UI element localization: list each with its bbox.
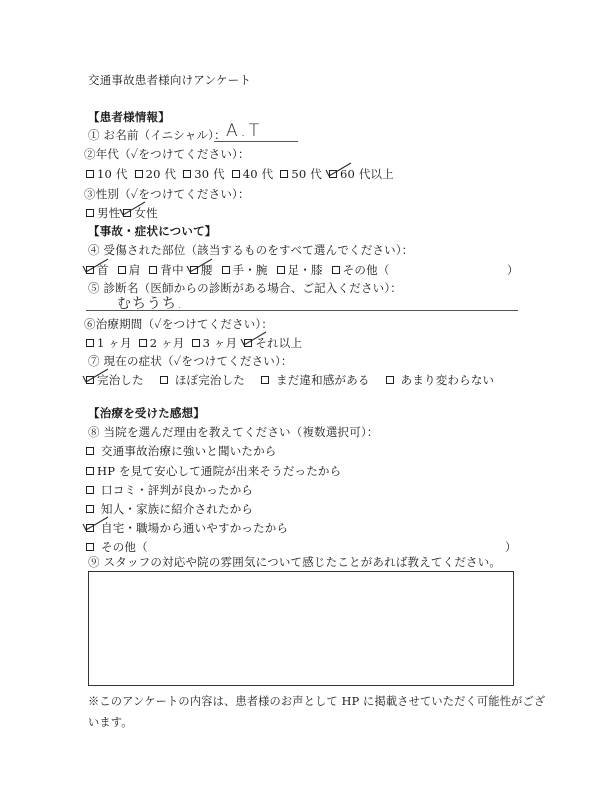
q1-underline	[214, 141, 298, 142]
q3-options: 男性 女性	[86, 206, 165, 220]
checkbox[interactable]	[86, 339, 94, 347]
q2-option-40s[interactable]: 40 代	[232, 167, 274, 181]
checkbox-checked[interactable]	[190, 266, 198, 274]
q4-options: 首 肩 背中 腰 手・腕 足・膝 その他（	[86, 263, 397, 277]
checkbox[interactable]	[149, 266, 157, 274]
q2-option-50s[interactable]: 50 代	[280, 167, 322, 181]
q4-option-lower-back[interactable]: 腰	[190, 263, 213, 277]
q8-option-other[interactable]: その他（	[86, 540, 148, 554]
checkbox-checked[interactable]	[86, 524, 94, 532]
q2-option-30s[interactable]: 30 代	[183, 167, 225, 181]
q4-option-shoulder[interactable]: 肩	[118, 263, 141, 277]
q9-label: ⑨ スタッフの対応や院の雰囲気について感じたことがあれば教えてください。	[88, 555, 501, 569]
q1-answer-field[interactable]: A.T	[226, 121, 262, 141]
checkbox[interactable]	[86, 486, 94, 494]
checkbox[interactable]	[232, 170, 240, 178]
q2-option-20s[interactable]: 20 代	[135, 167, 177, 181]
checkbox[interactable]	[261, 376, 269, 384]
checkbox[interactable]	[277, 266, 285, 274]
q9-comment-box[interactable]	[88, 571, 514, 686]
q3-option-female[interactable]: 女性	[123, 206, 157, 220]
checkbox[interactable]	[118, 266, 126, 274]
q6-option-3-months[interactable]: 3 ヶ月	[192, 336, 238, 350]
section-accident: 【事故・症状について】	[88, 224, 216, 238]
q7-option-still-discomfort[interactable]: まだ違和感がある	[261, 373, 370, 387]
q8-label: ⑧ 当院を選んだ理由を教えてください（複数選択可）：	[88, 425, 379, 439]
q2-options: 10 代 20 代 30 代 40 代 50 代 60 代以上	[86, 167, 401, 181]
q3-label: ③性別（✓をつけてください）：	[84, 187, 250, 201]
q5-underline	[86, 310, 518, 311]
q6-option-2-months[interactable]: 2 ヶ月	[139, 336, 185, 350]
survey-title: 交通事故患者様向けアンケート	[88, 73, 251, 87]
q6-option-longer[interactable]: それ以上	[244, 336, 302, 350]
checkbox[interactable]	[139, 339, 147, 347]
q4-option-other[interactable]: その他（	[332, 263, 390, 277]
checkbox-checked[interactable]	[244, 339, 252, 347]
q7-options: 完治した ほぼ完治した まだ違和感がある あまり変わらない	[86, 373, 501, 387]
q4-option-leg-knee[interactable]: 足・膝	[277, 263, 323, 277]
q2-label: ②年代（✓をつけてください）：	[84, 147, 250, 161]
checkbox[interactable]	[86, 209, 94, 217]
q8-close-paren: ）	[505, 540, 517, 554]
checkbox-checked[interactable]	[123, 209, 131, 217]
checkbox[interactable]	[86, 170, 94, 178]
q7-option-no-change[interactable]: あまり変わらない	[386, 373, 495, 387]
checkbox-checked[interactable]	[86, 266, 94, 274]
q8-option-traffic-accident-expertise[interactable]: 交通事故治療に強いと聞いたから	[86, 444, 277, 458]
footnote-line-2: います。	[88, 716, 133, 730]
section-patient-info: 【患者様情報】	[88, 110, 170, 124]
checkbox[interactable]	[192, 339, 200, 347]
q8-option-referral[interactable]: 知人・家族に紹介されたから	[86, 502, 253, 516]
q6-option-1-month[interactable]: 1 ヶ月	[86, 336, 132, 350]
q1-label: ① お名前（イニシャル）：	[88, 128, 226, 142]
footnote-line-1: ※このアンケートの内容は、患者様のお声として HP に掲載させていただく可能性が…	[88, 695, 545, 709]
q6-label: ⑥治療期間（✓をつけてください）：	[84, 317, 273, 331]
checkbox[interactable]	[332, 266, 340, 274]
checkbox[interactable]	[135, 170, 143, 178]
q8-option-reviews[interactable]: 口コミ・評判が良かったから	[86, 483, 253, 497]
checkbox[interactable]	[222, 266, 230, 274]
q2-option-10s[interactable]: 10 代	[86, 167, 128, 181]
checkbox-checked[interactable]	[329, 170, 337, 178]
q6-options: 1 ヶ月 2 ヶ月 3 ヶ月 それ以上	[86, 336, 309, 350]
q4-option-neck[interactable]: 首	[86, 263, 109, 277]
q7-option-mostly-healed[interactable]: ほぼ完治した	[160, 373, 245, 387]
q4-label: ④ 受傷された部位（該当するものをすべて選んでください）：	[88, 243, 413, 257]
q8-option-website[interactable]: HP を見て安心して通院が出来そうだったから	[86, 464, 341, 478]
checkbox[interactable]	[86, 543, 94, 551]
checkbox-checked[interactable]	[86, 376, 94, 384]
checkbox[interactable]	[160, 376, 168, 384]
q3-option-male[interactable]: 男性	[86, 206, 120, 220]
q2-option-60s-plus[interactable]: 60 代以上	[329, 167, 394, 181]
checkbox[interactable]	[386, 376, 394, 384]
checkbox[interactable]	[86, 505, 94, 513]
checkbox[interactable]	[86, 447, 94, 455]
q7-option-fully-healed[interactable]: 完治した	[86, 373, 144, 387]
checkbox[interactable]	[86, 467, 94, 475]
checkbox[interactable]	[280, 170, 288, 178]
q4-option-back[interactable]: 背中	[149, 263, 183, 277]
q4-option-hand-arm[interactable]: 手・腕	[222, 263, 268, 277]
q4-close-paren: ）	[507, 263, 519, 277]
q8-option-convenient-location[interactable]: 自宅・職場から通いやすかったから	[86, 521, 288, 535]
q7-label: ⑦ 現在の症状（✓をつけてください）：	[88, 354, 293, 368]
checkbox[interactable]	[183, 170, 191, 178]
section-impressions: 【治療を受けた感想】	[88, 406, 205, 420]
